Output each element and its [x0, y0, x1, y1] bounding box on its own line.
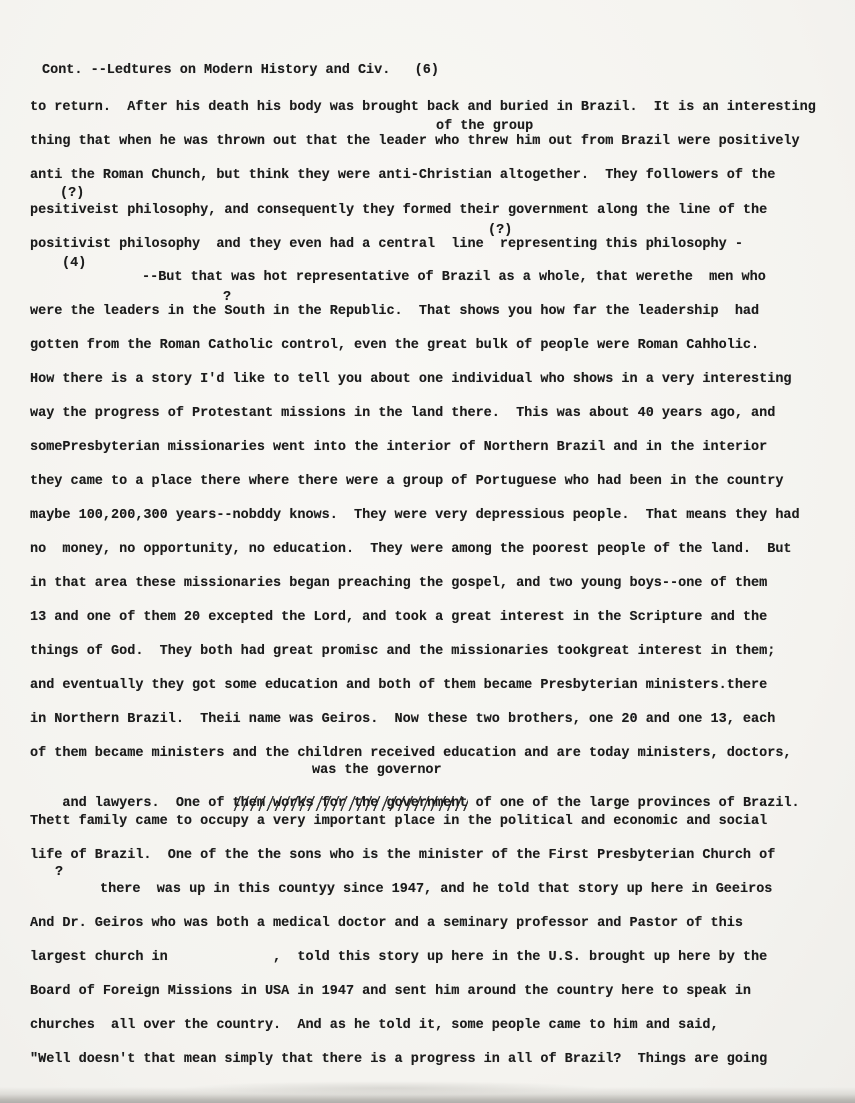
text-line: life of Brazil. One of the the sons who … — [30, 848, 775, 864]
struck-out-text: them works for the government — [233, 796, 468, 811]
line-segment: of one of the large provinces of Brazil. — [468, 796, 800, 811]
text-line: they came to a place there where there w… — [30, 474, 783, 490]
text-line: thing that when he was thrown out that t… — [30, 134, 800, 150]
interlinear-annotation: (4) — [62, 256, 86, 272]
text-line: things of God. They both had great promi… — [30, 644, 775, 660]
text-line: there was up in this countyy since 1947,… — [100, 882, 772, 898]
text-line: and eventually they got some education a… — [30, 678, 767, 694]
interlinear-annotation: (?) — [60, 186, 84, 202]
page-title: Cont. --Ledtures on Modern History and C… — [42, 63, 439, 79]
page-title-text: Cont. --Ledtures on Modern History and C… — [42, 63, 439, 78]
text-line: anti the Roman Chunch, but think they we… — [30, 168, 775, 184]
text-line: "Well doesn't that mean simply that ther… — [30, 1052, 767, 1068]
text-line: way the progress of Protestant missions … — [30, 406, 775, 422]
text-line: no money, no opportunity, no education. … — [30, 542, 792, 558]
scanned-document-page: Cont. --Ledtures on Modern History and C… — [0, 0, 855, 1103]
text-line: And Dr. Geiros who was both a medical do… — [30, 916, 743, 932]
text-line: Thett family came to occupy a very impor… — [30, 814, 767, 830]
text-line: gotten from the Roman Catholic control, … — [30, 338, 759, 354]
text-line: pesitiveist philosophy, and consequently… — [30, 203, 767, 219]
text-line: in that area these missionaries began pr… — [30, 576, 767, 592]
line-segment: and lawyers. One of — [62, 796, 232, 811]
interlinear-annotation: ? — [55, 865, 63, 881]
text-line: maybe 100,200,300 years--nobddy knows. T… — [30, 508, 800, 524]
text-line: churches all over the country. And as he… — [30, 1018, 719, 1034]
text-line: to return. After his death his body was … — [30, 100, 816, 116]
text-line: 13 and one of them 20 excepted the Lord,… — [30, 610, 767, 626]
text-line: in Northern Brazil. Theii name was Geiro… — [30, 712, 775, 728]
text-line: were the leaders in the South in the Rep… — [30, 304, 759, 320]
text-line: largest church in , told this story up h… — [30, 950, 767, 966]
text-line: How there is a story I'd like to tell yo… — [30, 372, 792, 388]
scan-bottom-edge — [0, 1087, 855, 1103]
text-line: --But that was hot representative of Bra… — [142, 270, 766, 286]
interlinear-insertion: of the group — [436, 119, 533, 135]
text-line: somePresbyterian missionaries went into … — [30, 440, 767, 456]
text-line: Board of Foreign Missions in USA in 1947… — [30, 984, 751, 1000]
text-line: positivist philosophy and they even had … — [30, 237, 743, 253]
text-line: of them became ministers and the childre… — [30, 746, 792, 762]
interlinear-insertion: was the governor — [312, 763, 442, 779]
